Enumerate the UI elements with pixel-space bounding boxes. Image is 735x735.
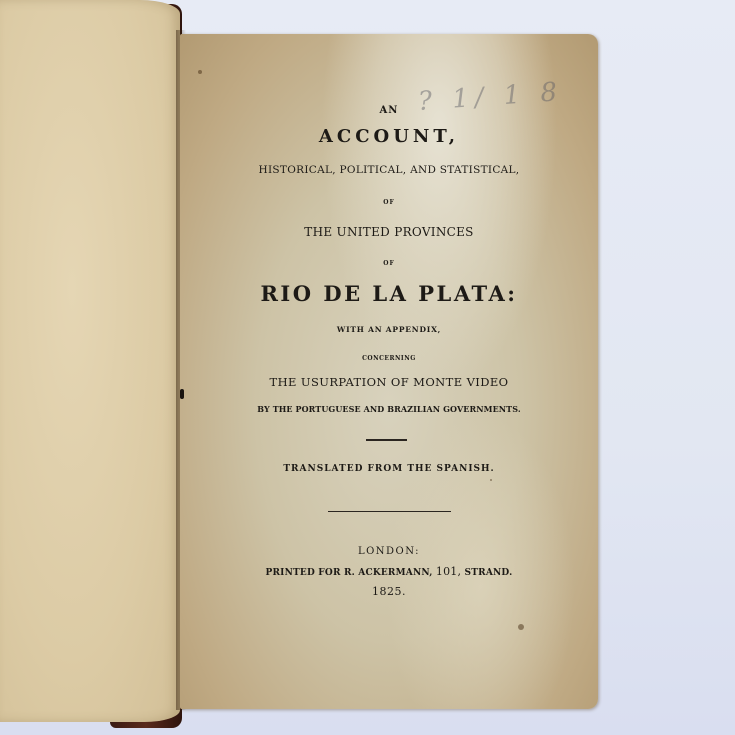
subtitle-united-provinces: THE UNITED PROVINCES xyxy=(180,225,598,239)
book-photo-scene: ? 1/ 1 8 AN ACCOUNT, HISTORICAL, POLITIC… xyxy=(0,0,735,735)
subtitle-historical: HISTORICAL, POLITICAL, AND STATISTICAL, xyxy=(180,164,598,176)
connector-of-2: OF xyxy=(180,260,598,267)
title-line-account: ACCOUNT, xyxy=(180,126,598,147)
title-line-an: AN xyxy=(180,105,598,116)
imprint-year: 1825. xyxy=(180,585,598,598)
title-page: ? 1/ 1 8 AN ACCOUNT, HISTORICAL, POLITIC… xyxy=(180,34,598,709)
printer-suffix: STRAND. xyxy=(461,568,512,578)
imprint-city: LONDON: xyxy=(180,546,598,557)
concerning-line: CONCERNING xyxy=(180,355,598,362)
title-rio-de-la-plata: RIO DE LA PLATA: xyxy=(180,281,598,306)
appendix-line: WITH AN APPENDIX, xyxy=(180,325,598,334)
left-flyleaf-page xyxy=(0,0,180,722)
foxing-spot xyxy=(490,479,492,481)
printer-prefix: PRINTED FOR R. ACKERMANN, xyxy=(266,568,436,578)
foxing-spot xyxy=(518,624,524,630)
printer-number: 101, xyxy=(436,565,461,578)
short-rule-divider xyxy=(366,439,407,441)
translation-note: TRANSLATED FROM THE SPANISH. xyxy=(180,464,598,474)
page-edge-mark xyxy=(180,389,184,399)
governments-line: BY THE PORTUGUESE AND BRAZILIAN GOVERNME… xyxy=(180,404,598,414)
foxing-spot xyxy=(198,70,202,74)
connector-of-1: OF xyxy=(180,199,598,206)
imprint-printer: PRINTED FOR R. ACKERMANN, 101, STRAND. xyxy=(180,565,598,578)
usurpation-line: THE USURPATION OF MONTE VIDEO xyxy=(180,375,598,389)
long-rule-divider xyxy=(328,511,451,512)
